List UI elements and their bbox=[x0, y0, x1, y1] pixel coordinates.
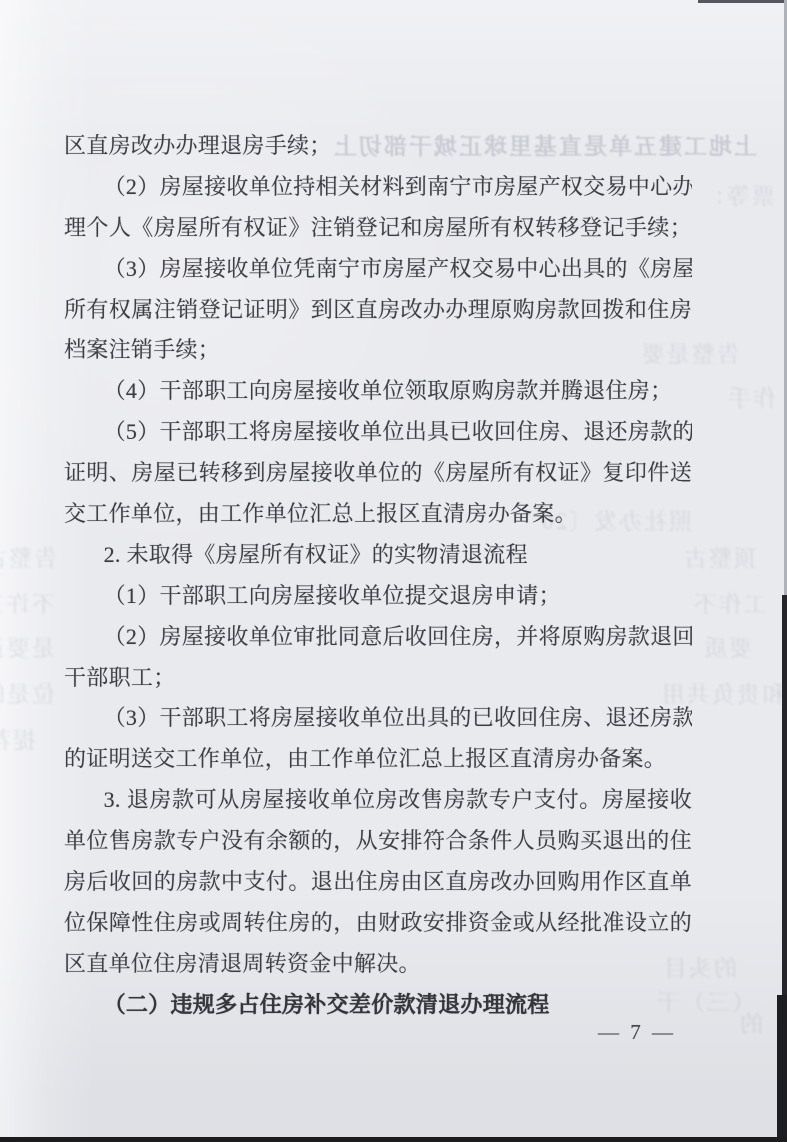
body-line: 交工作单位，由工作单位汇总上报区直清房办备案。 bbox=[64, 494, 692, 535]
body-line: 房后收回的房款中支付。退出住房由区直房改办回购用作区直单 bbox=[64, 862, 692, 903]
bleedthrough-text: 告整古 bbox=[0, 540, 57, 573]
body-line: 所有权属注销登记证明》到区直房改办办理原购房款回拨和住房 bbox=[64, 290, 692, 331]
bleedthrough-text: 工作不 bbox=[692, 586, 767, 619]
list-item-2: 2. 未取得《房屋所有权证》的实物清退流程 bbox=[64, 535, 692, 576]
scanned-page: { "document": { "lines": [ {"text": "区直房… bbox=[0, 0, 787, 1142]
body-line: 理个人《房屋所有权证》注销登记和房屋所有权转移登记手续； bbox=[64, 208, 692, 249]
body-line: （2）房屋接收单位审批同意后收回住房，并将原购房款退回 bbox=[64, 617, 692, 658]
scan-edge-right-corner bbox=[777, 995, 787, 1142]
body-line: （4）干部职工向房屋接收单位领取原购房款并腾退住房； bbox=[64, 371, 692, 412]
bleedthrough-text: 位是的 bbox=[0, 676, 55, 709]
body-line: （1）干部职工向房屋接收单位提交退房申请； bbox=[64, 576, 692, 617]
bleedthrough-text: 不许工 bbox=[0, 586, 55, 619]
body-line: 单位售房款专户没有余额的，从安排符合条件人员购买退出的住 bbox=[64, 821, 692, 862]
body-line: 证明、房屋已转移到房屋接收单位的《房屋所有权证》复印件送 bbox=[64, 453, 692, 494]
bleedthrough-text: 要质 bbox=[702, 630, 752, 663]
bleedthrough-text: 票等： bbox=[700, 178, 775, 211]
body-line: （3）干部职工将房屋接收单位出具的已收回住房、退还房款 bbox=[64, 698, 692, 739]
body-line: （2）房屋接收单位持相关材料到南宁市房屋产权交易中心办 bbox=[64, 167, 692, 208]
scan-edge-top bbox=[698, 0, 787, 3]
body-line: 干部职工； bbox=[64, 658, 692, 699]
body-line: （3）房屋接收单位凭南宁市房屋产权交易中心出具的《房屋 bbox=[64, 249, 692, 290]
scan-edge-bottom bbox=[0, 1137, 787, 1142]
body-line: 区直单位住房清退周转资金中解决。 bbox=[64, 944, 692, 985]
bleedthrough-text: 顶整古 bbox=[682, 540, 757, 573]
body-line: 区直房改办办理退房手续； bbox=[64, 126, 692, 167]
bleedthrough-text: 是要正 bbox=[0, 630, 55, 663]
body-line: 位保障性住房或周转住房的，由财政安排资金或从经批准设立的 bbox=[64, 903, 692, 944]
bleedthrough-text: 提荐 bbox=[0, 722, 36, 755]
body-line: （5）干部职工将房屋接收单位出具已收回住房、退还房款的 bbox=[64, 412, 692, 453]
bleedthrough-text: 作手 bbox=[726, 380, 776, 413]
body-line: 的证明送交工作单位，由工作单位汇总上报区直清房办备案。 bbox=[64, 739, 692, 780]
list-item-3: 3. 退房款可从房屋接收单位房改售房款专户支付。房屋接收 bbox=[64, 780, 692, 821]
page-number: — 7 — bbox=[598, 1020, 676, 1045]
body-line: 档案注销手续； bbox=[64, 330, 692, 371]
document-body: 区直房改办办理退房手续； （2）房屋接收单位持相关材料到南宁市房屋产权交易中心办… bbox=[64, 126, 692, 1026]
